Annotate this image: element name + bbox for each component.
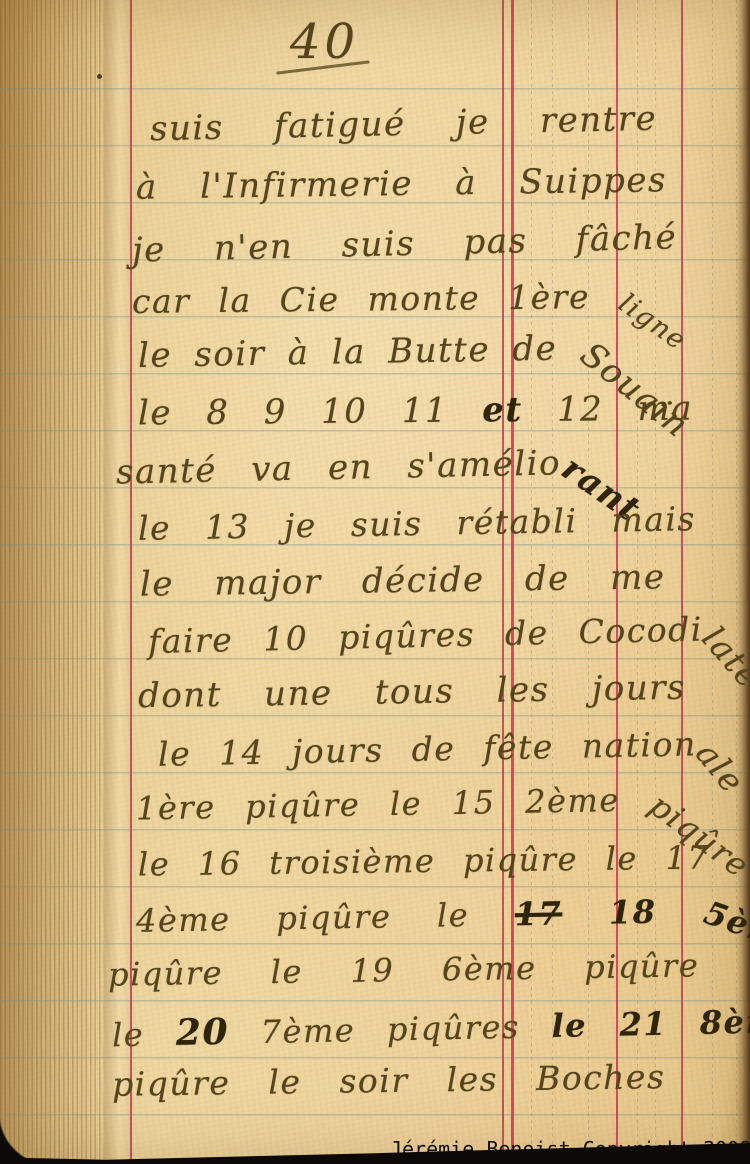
manuscript-text: 4ème piqûre le	[136, 895, 515, 940]
manuscript-line: car la Cie monte 1ère ligne	[132, 276, 694, 321]
manuscript-line: le 8 9 10 11 et 12 ma	[138, 389, 693, 434]
manuscript-line: à l'Infirmerie à Suippes	[136, 160, 668, 207]
ink-speck	[97, 74, 102, 79]
scan-corner	[0, 1112, 60, 1164]
page-number: 40	[290, 14, 359, 70]
manuscript-text: 8ème	[667, 1002, 750, 1043]
manuscript-line: piqûre le soir les Boches	[112, 1057, 666, 1104]
manuscript-text: le 21	[551, 1005, 667, 1045]
manuscript-line: le 16 troisième piqûre le 17	[138, 839, 710, 884]
notebook-page-scan: 40 suis fatigué je rentre à l'Infirmerie…	[0, 0, 750, 1164]
manuscript-text: le 16 troisième piqûre le 17	[138, 839, 710, 884]
manuscript-text: le 8 9 10 11	[138, 390, 483, 433]
manuscript-text-struck: 17	[514, 894, 562, 933]
manuscript-text: 12 ma	[522, 389, 693, 430]
manuscript-text: à l'Infirmerie à Suippes	[136, 160, 668, 207]
manuscript-text: le	[112, 1015, 177, 1054]
manuscript-text: 18	[562, 892, 703, 932]
manuscript-text: piqûre le soir les Boches	[112, 1057, 666, 1104]
manuscript-text: le soir à la Butte de	[138, 328, 580, 376]
manuscript-text: et	[482, 390, 523, 430]
manuscript-text: le major décide de me	[140, 557, 666, 604]
manuscript-text: car la Cie monte 1ère	[132, 277, 618, 321]
manuscript-line: le major décide de me	[140, 557, 666, 604]
manuscript-text: 20	[175, 1011, 229, 1054]
manuscript-text: 7ème piqûres	[229, 1007, 552, 1052]
manuscript-line: le soir à la Butte de Souain	[138, 326, 708, 376]
